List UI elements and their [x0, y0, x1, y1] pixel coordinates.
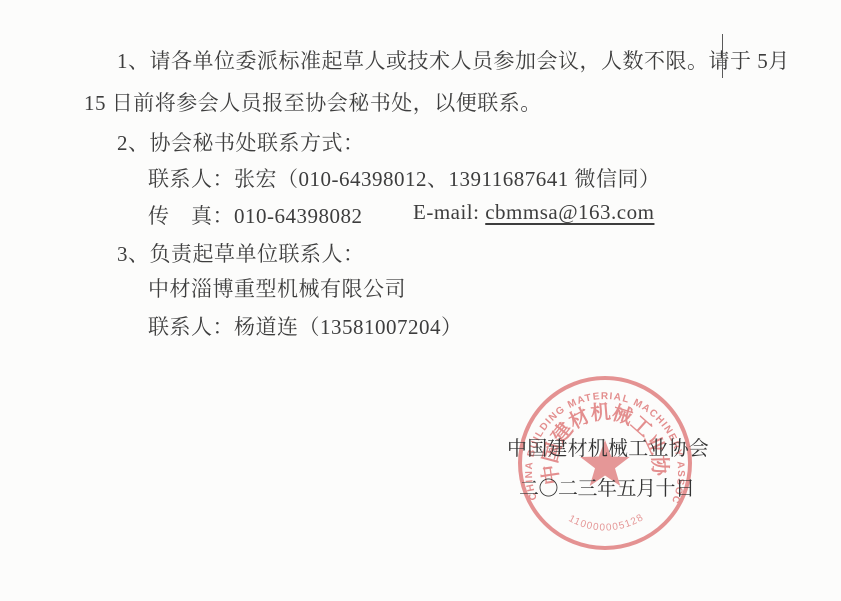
email-link[interactable]: cbmmsa@163.com [485, 200, 654, 224]
signature-date: 二〇二三年五月十日 [519, 472, 695, 501]
email-line: E-mail: cbmmsa@163.com [413, 200, 654, 225]
scanned-document-page: 1、请各单位委派标准起草人或技术人员参加会议，人数不限。请于 5月 15 日前将… [0, 0, 841, 601]
secretariat-contact-line: 联系人：张宏（010-64398012、13911687641 微信同） [148, 163, 660, 193]
paragraph-item2-heading: 2、协会秘书处联系方式： [117, 127, 365, 157]
email-label: E-mail: [413, 200, 485, 224]
drafting-company-name: 中材淄博重型机械有限公司 [148, 273, 406, 303]
paragraph-item1-line1: 1、请各单位委派标准起草人或技术人员参加会议，人数不限。请于 5月 [117, 45, 790, 75]
signature-org-name: 中国建材机械工业协会 [507, 432, 709, 461]
paragraph-item1-line2: 15 日前将参会人员报至协会秘书处，以便联系。 [84, 87, 542, 117]
fax-line: 传 真：010-64398082 [148, 200, 363, 230]
company-contact-line: 联系人：杨道连（13581007204） [148, 311, 463, 341]
paragraph-item3-heading: 3、负责起草单位联系人： [117, 238, 365, 268]
text-cursor-artifact [722, 34, 723, 78]
official-seal: CHINA BUILDING MATERIAL MACHINERY ASSOCI… [495, 353, 715, 573]
